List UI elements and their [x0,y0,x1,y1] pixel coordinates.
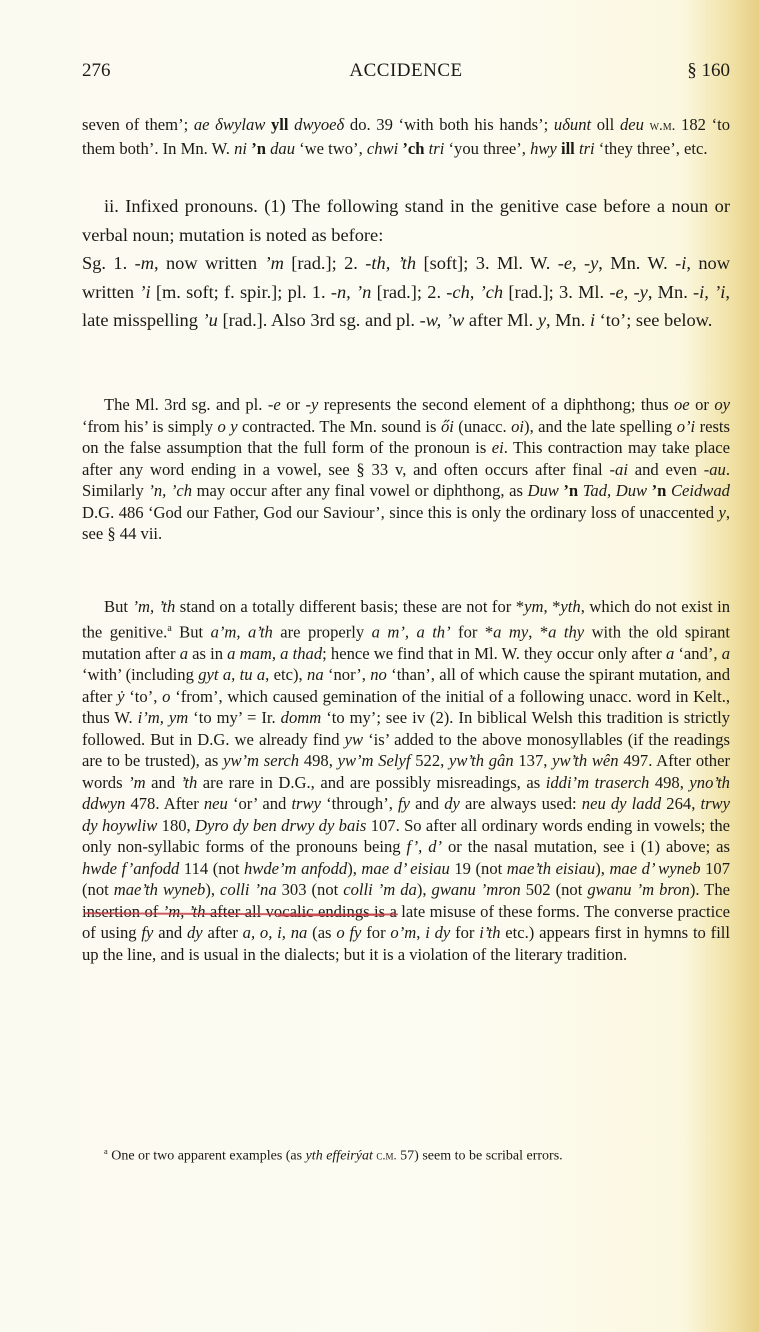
italic-term: i’m, ym [138,708,189,727]
italic-term: ẏ [117,687,124,706]
italic-term: ’m, ’th [163,902,206,921]
italic-term: dau [270,139,295,158]
italic-term: -i, ’i [693,282,725,302]
italic-term: yth [560,597,580,616]
italic-term: dy [187,923,203,942]
italic-term: -th, ’th [365,253,416,273]
italic-term: tri [429,139,445,158]
italic-term: mae’th wyneb [114,880,206,899]
italic-term: a [666,644,674,663]
italic-term: ’m [128,773,146,792]
italic-term: a thy [548,622,584,641]
italic-term: f’, d’ [407,837,443,856]
italic-term: Duw [527,481,558,500]
italic-term: i’th [479,923,500,942]
bold-term: ’n [652,481,667,500]
footnote-marker: a [167,623,171,634]
italic-term: dy [444,794,460,813]
italic-term: o fy [336,923,361,942]
italic-term: ői [441,417,454,436]
italic-term: ’m [265,253,284,273]
italic-term: hwy [530,139,557,158]
italic-term: ni [234,139,247,158]
italic-term: neu [204,794,228,813]
italic-term: a mam, a thad [227,644,322,663]
italic-term: ym [524,597,543,616]
italic-term: -ch, ’ch [446,282,503,302]
italic-term: yw’m serch [223,751,299,770]
italic-term: gwanu ’mron [432,880,521,899]
italic-term: a [722,644,730,663]
italic-term: iddi’m traserch [546,773,650,792]
italic-term: trwy [291,794,321,813]
italic-term: domm [281,708,322,727]
italic-term: gwanu ’m bron [587,880,689,899]
italic-term: -e, -y [609,282,647,302]
italic-term: yw’th wên [552,751,618,770]
italic-term: hwde’m anfodd [244,859,347,878]
italic-term: colli ’m da [343,880,417,899]
italic-term: a m’, a th’ [372,622,451,641]
italic-term: -n, ’n [331,282,371,302]
italic-term: ’m, ’th [133,597,176,616]
italic-term: ’u [203,310,218,330]
italic-term: fy [141,923,153,942]
section-number: § 160 [687,60,730,82]
italic-term: ’i [139,282,150,302]
italic-term: yth effeirýat [306,1149,373,1164]
italic-term: oy [714,395,730,414]
italic-term: -w, ’w [420,310,465,330]
bold-term: ’n [251,139,266,158]
italic-term: yw’th gân [449,751,514,770]
italic-term: fy [398,794,410,813]
italic-term: -e [268,395,281,414]
italic-term: -e, -y [558,253,599,273]
italic-term: yw’m Selyf [338,751,411,770]
bold-term: ’ch [402,139,424,158]
italic-term: mae’th eisiau [507,859,595,878]
paragraph-infixed-pronouns: ii. Infixed pronouns. (1) The following … [82,192,730,335]
running-title: ACCIDENCE [82,60,730,82]
italic-term: -m [135,253,154,273]
source-abbrev: w.m. [650,118,676,134]
italic-term: chwi [367,139,398,158]
italic-term: y [538,310,546,330]
italic-term: i dy [425,923,450,942]
italic-term: oi [511,417,524,436]
italic-term: -y [305,395,318,414]
italic-term: uδunt [554,115,591,134]
italic-term: o’m [390,923,416,942]
italic-term: -au [704,460,726,479]
italic-term: dwyoeδ [294,115,344,134]
italic-term: colli ’na [220,880,277,899]
italic-term: oe [674,395,690,414]
italic-term: a my [493,622,528,641]
italic-term: Ceidwad [671,481,730,500]
italic-term: tri [579,139,595,158]
italic-term: -i [675,253,686,273]
italic-term: Tad, Duw [583,481,647,500]
italic-term: ’th [181,773,198,792]
italic-term: o [162,687,170,706]
running-header: 276 ACCIDENCE § 160 [82,60,730,90]
italic-term: deu [620,115,644,134]
italic-term: Dyro dy ben drwy dy bais [195,816,366,835]
italic-term: mae d’ wyneb [609,859,700,878]
paragraph-m-th-basis: But ’m, ’th stand on a totally different… [82,596,730,965]
italic-term: ei [492,438,504,457]
italic-term: no [370,665,387,684]
paragraph-continuation: seven of them’; ae δwylaw yll dwyoeδ do.… [82,114,730,159]
italic-term: gyt a, tu a [198,665,265,684]
italic-term: na [307,665,324,684]
italic-term: y [718,503,725,522]
italic-term: o y [217,417,237,436]
italic-term: o’i [677,417,695,436]
italic-term: neu dy ladd [582,794,661,813]
bold-term: ’n [563,481,578,500]
italic-term: mae d’ eisiau [361,859,449,878]
italic-term: a, o, i, na [243,923,308,942]
footnote-marker: a [104,1147,108,1156]
source-abbrev: c.m. [376,1149,396,1163]
italic-term: ’n, ’ch [148,481,192,500]
italic-term: a [180,644,188,663]
italic-term: hwde f’anfodd [82,859,179,878]
bold-term: yll [271,115,289,134]
footnote: a One or two apparent examples (as yth e… [82,1141,730,1168]
italic-term: ae δwylaw [194,115,265,134]
italic-term: -ai [610,460,628,479]
bold-term: ill [561,139,575,158]
italic-term: yw [345,730,363,749]
italic-term: a’m, a’th [211,622,273,641]
paragraph-third-person-note: The Ml. 3rd sg. and pl. -e or -y represe… [82,394,730,545]
italic-term: i [590,310,595,330]
